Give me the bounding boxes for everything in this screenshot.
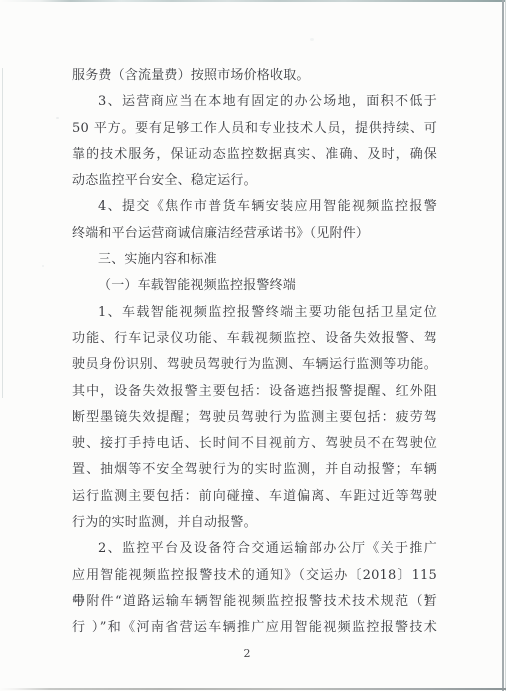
text-line: 驶员身份识别、驾驶员驾驶行为监测、车辆运行监测等功能。 xyxy=(72,352,437,378)
text-line: 运行监测主要包括：前向碰撞、车道偏离、车距过近等驾驶 xyxy=(72,484,437,510)
scan-speck xyxy=(42,265,44,267)
text-line: 功能、行车记录仪功能、车载视频监控、设备失效报警、驾 xyxy=(72,326,437,352)
text-line: 50 平方。要有足够工作人员和专业技术人员，提供持续、可 xyxy=(72,116,437,142)
text-line: 终端和平台运营商诚信廉洁经营承诺书》（见附件） xyxy=(72,221,437,247)
text-line: 置、抽烟等不安全驾驶行为的实时监测，并自动报警；车辆 xyxy=(72,457,437,483)
text-line: 中附件“道路运输车辆智能视频监控报警技术技术规范（暂 xyxy=(72,589,437,615)
text-line: 断型墨镜失效提醒；驾驶员驾驶行为监测主要包括：疲劳驾 xyxy=(72,405,437,431)
document-body: 服务费（含流量费）按照市场价格收取。3、运营商应当在本地有固定的办公场地，面积不… xyxy=(72,63,437,642)
text-line: 4、提交《焦作市普货车辆安装应用智能视频监控报警 xyxy=(72,194,437,220)
text-line: 其中，设备失效报警主要包括：设备遮挡报警提醒、红外阻 xyxy=(72,379,437,405)
page-number: 2 xyxy=(0,647,494,661)
scan-edge-left xyxy=(2,68,3,398)
text-line: 3、运营商应当在本地有固定的办公场地，面积不低于 xyxy=(72,89,437,115)
text-line: 应用智能视频监控报警技术的通知》（交运办〔2018〕115 号） xyxy=(72,563,437,589)
text-line: 行 ）”和《河南省营运车辆推广应用智能视频监控报警技术 xyxy=(72,615,437,641)
text-line: 动态监控平台安全、稳定运行。 xyxy=(72,168,437,194)
heading-line: （一）车载智能视频监控报警终端 xyxy=(72,273,437,299)
scan-speck xyxy=(310,38,314,41)
heading-line: 三、实施内容和标准 xyxy=(72,247,437,273)
scan-edge-bottom xyxy=(0,688,506,690)
text-line: 2、监控平台及设备符合交通运输部办公厅《关于推广 xyxy=(72,536,437,562)
text-line: 服务费（含流量费）按照市场价格收取。 xyxy=(72,63,437,89)
text-line: 驶、接打手持电话、长时间不目视前方、驾驶员不在驾驶位 xyxy=(72,431,437,457)
scan-edge-top xyxy=(0,0,506,2)
scan-edge-right xyxy=(502,0,504,691)
scanned-document-page: 服务费（含流量费）按照市场价格收取。3、运营商应当在本地有固定的办公场地，面积不… xyxy=(0,0,506,691)
text-line: 行为的实时监测，并自动报警。 xyxy=(72,510,437,536)
text-line: 1、车载智能视频监控报警终端主要功能包括卫星定位 xyxy=(72,300,437,326)
scan-speck xyxy=(56,117,59,119)
text-line: 靠的技术服务，保证动态监控数据真实、准确、及时，确保 xyxy=(72,142,437,168)
